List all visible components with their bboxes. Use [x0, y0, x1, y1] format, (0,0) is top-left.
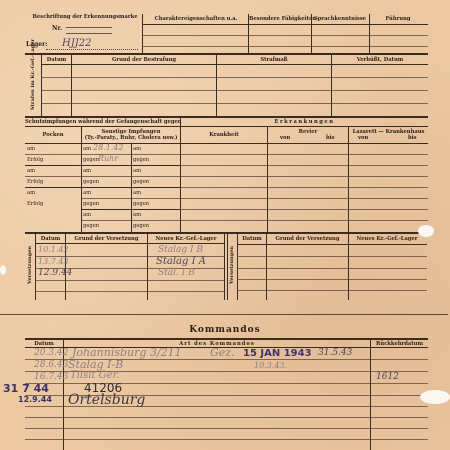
rule: [180, 165, 428, 166]
rule: [180, 187, 428, 188]
rule: [25, 116, 428, 118]
torn-hole: [0, 265, 6, 275]
versetzungen-right-side-label: Versetzungen: [229, 245, 235, 285]
impfungen-col-sonstige-sub: (Ty.-Paraty., Ruhr, Cholera usw.): [82, 135, 180, 141]
kommando-extra: Gez.: [210, 346, 235, 359]
rule: [35, 243, 224, 244]
faehigkeiten-title: Besondere Fähigkeiten: [249, 16, 311, 22]
row-label: am: [133, 190, 141, 196]
rule: [180, 209, 428, 210]
impfungen-title: Schutzimpfungen während der Gefangenscha…: [25, 119, 180, 125]
strafen-col-datum: Datum: [42, 57, 71, 63]
versetzungen-right-col-datum: Datum: [238, 236, 266, 242]
lager-value: HJJ22: [62, 38, 91, 49]
rule: [25, 126, 180, 127]
divider: [370, 338, 371, 450]
versetzung-lager: Stalag I A: [156, 256, 206, 267]
row-label: Erfolg: [27, 179, 43, 185]
versetzungen-col-datum: Datum: [36, 236, 65, 242]
rule: [142, 35, 428, 36]
impf-gegen-value: Ruhr: [98, 154, 118, 163]
torn-hole: [418, 225, 434, 237]
row-label: gegen: [133, 179, 149, 185]
kommando-rueck: 1612: [376, 372, 399, 382]
rule: [25, 417, 428, 418]
row-label: Erfolg: [27, 201, 43, 207]
versetzung-datum: 13.7.43: [38, 257, 69, 266]
rule: [41, 64, 428, 65]
rule: [25, 165, 180, 166]
rule: [35, 280, 224, 281]
row-label: gegen: [83, 179, 99, 185]
lazarett-von: von: [358, 135, 368, 141]
lazarett-bis: bis: [408, 135, 417, 141]
fuehrung-title: Führung: [370, 16, 426, 22]
divider: [81, 126, 82, 232]
rule: [237, 279, 427, 280]
nr-label: Nr.: [52, 26, 62, 32]
date-stamp: 15 JAN 1943: [243, 348, 312, 359]
row-label: gegen: [133, 223, 149, 229]
revier-bis: bis: [326, 135, 335, 141]
row-label: am: [83, 190, 91, 196]
rule: [180, 126, 428, 127]
strafen-col-verbuesst: Verbüßt, Datum: [332, 57, 428, 63]
row-label: am: [83, 146, 91, 152]
erkrankungen-title: Erkrankungen: [181, 119, 428, 125]
erkennungsmarke-title: Beschriftung der Erkennungsmarke: [30, 14, 140, 20]
rule: [25, 439, 428, 440]
row-label: Erfolg: [27, 157, 43, 163]
kommando-datum: 20.3.42: [34, 348, 68, 358]
rule: [25, 187, 180, 188]
rule: [237, 244, 427, 245]
kommando-extra2: 10.3.43.: [254, 361, 287, 370]
divider: [348, 126, 349, 232]
versetzung-datum: 10.1.42: [38, 245, 69, 254]
divider: [267, 126, 268, 232]
kommando-datum: 28.6.43: [34, 360, 68, 370]
rule: [35, 291, 224, 292]
row-label: gegen: [133, 201, 149, 207]
lager-dotted-line: [46, 49, 138, 50]
torn-hole: [420, 390, 450, 404]
divider: [224, 234, 225, 300]
rule: [81, 198, 180, 199]
divider: [142, 14, 143, 54]
rule: [180, 176, 428, 177]
row-label: am: [27, 146, 35, 152]
kommandos-title: Kommandos: [0, 325, 450, 335]
versetzungen-side-label: Versetzungen: [27, 240, 33, 290]
versetzung-lager: Stalag I B: [158, 245, 203, 255]
kommando-art: Ortelsburg: [68, 392, 145, 408]
kommando-datum-stamp: 31 7 44: [3, 382, 49, 395]
rule: [237, 268, 427, 269]
rule: [25, 176, 180, 177]
rule: [142, 24, 428, 25]
versetzungen-right-col-neues: Neues Kr.-Gef.-Lager: [349, 236, 425, 242]
row-label: gegen: [83, 223, 99, 229]
row-label: am: [27, 190, 35, 196]
row-label: gegen: [83, 201, 99, 207]
erkrankungen-col-krankheit: Krankheit: [181, 132, 267, 138]
fold-line: [0, 314, 448, 315]
charakter-title: Charaktereigenschaften u.a.: [144, 16, 248, 22]
rule: [41, 103, 428, 104]
rule: [237, 256, 427, 257]
row-label: am: [83, 168, 91, 174]
versetzung-lager: Stal. I B: [158, 268, 195, 278]
strafen-col-grund: Grund der Bestrafung: [72, 57, 216, 63]
strafen-side-label: Strafen im Kr.-Gef.-Lager: [30, 58, 36, 110]
row-label: am: [133, 212, 141, 218]
kommando-art: Tilsit Ger.: [70, 370, 119, 381]
rule: [180, 143, 428, 144]
rule: [41, 77, 428, 78]
row-label: am: [133, 146, 141, 152]
rule: [25, 338, 428, 340]
row-label: gegen: [83, 157, 99, 163]
sprachkenntnisse-title: Sprachkenntnisse: [312, 16, 368, 22]
row-label: gegen: [133, 157, 149, 163]
kommando-datum-stamp: 12.9.44: [18, 395, 52, 404]
rule: [41, 90, 428, 91]
kommando-extra2: 31.5.43: [318, 348, 352, 358]
nr-field: [66, 27, 112, 34]
pow-record-card: Beschriftung der Erkennungsmarke Nr. Lag…: [0, 0, 450, 450]
rule: [25, 53, 428, 55]
impf-date-value: 28.1.42: [93, 143, 124, 152]
divider: [227, 234, 228, 300]
kommando-datum: 16.7.43: [34, 372, 68, 382]
versetzungen-col-grund: Grund der Versetzung: [66, 236, 147, 242]
rule: [81, 209, 180, 210]
rule: [237, 290, 427, 291]
rule: [81, 220, 180, 221]
rule: [180, 154, 428, 155]
versetzungen-col-neues: Neues Kr.-Gef.-Lager: [148, 236, 224, 242]
row-label: am: [83, 212, 91, 218]
versetzung-datum: 12.9.44: [38, 268, 72, 278]
rule: [142, 46, 428, 47]
impfungen-col-pocken: Pocken: [25, 132, 81, 138]
revier-von: von: [280, 135, 290, 141]
versetzungen-right-col-grund: Grund der Versetzung: [267, 236, 348, 242]
rule: [180, 220, 428, 221]
strafen-col-strafmass: Strafmaß: [217, 57, 331, 63]
row-label: am: [133, 168, 141, 174]
rule: [180, 198, 428, 199]
row-label: am: [27, 168, 35, 174]
rule: [25, 428, 428, 429]
